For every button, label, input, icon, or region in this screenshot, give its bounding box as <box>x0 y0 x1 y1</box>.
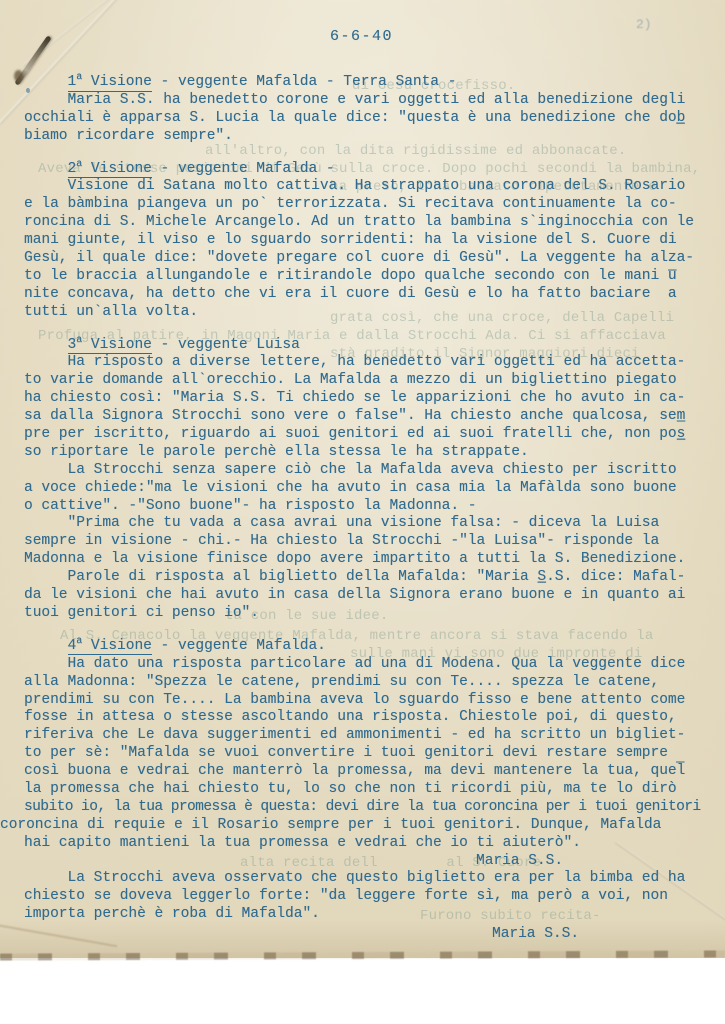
text-line: occhiali è apparsa S. Lucia la quale dic… <box>24 110 714 128</box>
page-number: 2) <box>636 17 652 32</box>
text-line: La Strocchi senza sapere ciò che la Mafa… <box>24 462 714 480</box>
text-line: coroncina di requie e il Rosario sempre … <box>0 817 714 835</box>
paragraph-gap <box>24 623 714 638</box>
text-line: e la bàmbina piangeva un po` terrorizzat… <box>24 196 714 214</box>
text-line: ha chiesto così: "Maria S.S. Ti chiedo s… <box>24 390 714 408</box>
document-date: 6-6-40 <box>330 28 393 45</box>
text-line: Ha dato una risposta particolare ad una … <box>24 656 714 674</box>
staple-rust-mark <box>14 70 23 82</box>
vision-heading: 2a Visione - veggente Mafalda - <box>24 161 714 179</box>
text-line: biamo ricordare sempre". <box>24 128 714 146</box>
text-line: to varie domande all`orecchio. La Mafald… <box>24 372 714 390</box>
text-line: o cattive". -"Sono buone"- ha risposto l… <box>24 498 714 516</box>
text-line: importa perchè è roba di Mafalda". <box>24 906 714 924</box>
text-line: to per sè: "Mafalda se vuoi convertire i… <box>24 745 714 763</box>
scanned-page: di Gesù crocefisso.all'altro, con la dit… <box>0 0 725 1024</box>
text-line: Visione di Satana molto cattiva. Ha stra… <box>24 178 714 196</box>
paragraph-gap <box>24 322 714 337</box>
text-line: La Strocchi aveva osservato che questo b… <box>24 870 714 888</box>
text-line: sa dalla Signora Strocchi sono vere o fa… <box>24 408 714 426</box>
text-line: a voce chiede:"ma le visioni che ha avut… <box>24 480 714 498</box>
text-line: Ha risposto a diverse lettere, ha benede… <box>24 354 714 372</box>
text-line: "Prima che tu vada a casa avrai una visi… <box>24 515 714 533</box>
text-line: fosse in attesa o stesse ascoltando una … <box>24 709 714 727</box>
signature-line: Maria S.S. <box>24 853 714 871</box>
signature-line: Maria S.S. <box>24 926 714 944</box>
text-line: mani giunte, il viso e lo sguardo sorrid… <box>24 232 714 250</box>
text-line: pre per iscritto, riguardo ai suoi genit… <box>24 426 714 444</box>
paragraph-gap <box>24 146 714 161</box>
text-line: alla Madonna: "Spezza le catene, prendim… <box>24 674 714 692</box>
text-line: roncina di S. Michele Arcangelo. Ad un t… <box>24 214 714 232</box>
text-line: tuoi genitori ci penso io". <box>24 605 714 623</box>
text-line: Madonna e la visione finisce dopo avere … <box>24 551 714 569</box>
text-line: la promessa che hai chiesto tu, lo so ch… <box>24 781 714 799</box>
text-line: sempre in visione - chi.- Ha chiesto la … <box>24 533 714 551</box>
text-line: tutti un`alla volta. <box>24 304 714 322</box>
text-line: to le braccia allungandole e ritirandole… <box>24 268 714 286</box>
text-line: nite concava, ha detto che vi era il cuo… <box>24 286 714 304</box>
vision-heading-underlined: 4a Visione <box>68 638 152 656</box>
text-line: così buona e vedrai che manterrò la prom… <box>24 763 714 781</box>
vision-heading-underlined: 2a Visione <box>68 161 152 179</box>
vision-heading-underlined: 1a Visione <box>68 74 152 92</box>
text-line: chiesto se doveva leggerlo forte: "da le… <box>24 888 714 906</box>
text-line: Maria S.S. ha benedetto corone e vari og… <box>24 92 714 110</box>
text-line: Parole di risposta al biglietto della Ma… <box>24 569 714 587</box>
vision-heading: 3a Visione - veggente Luisa <box>24 337 714 355</box>
document-content: 1a Visione - veggente Mafalda - Terra Sa… <box>24 74 714 944</box>
text-line: prendimi su con Te.... La bambina aveva … <box>24 692 714 710</box>
text-line: Gesù, il quale dice: "dovete pregare col… <box>24 250 714 268</box>
vision-heading-underlined: 3a Visione <box>68 337 152 355</box>
text-line: so riportare le parole perchè ella stess… <box>24 444 714 462</box>
vision-heading: 1a Visione - veggente Mafalda - Terra Sa… <box>24 74 714 92</box>
text-line: hai capito mantieni la tua promessa e ve… <box>24 835 714 853</box>
text-line: da le visioni che hai avuto in casa dell… <box>24 587 714 605</box>
text-line: subito io, la tua promessa è questa: dev… <box>24 799 714 817</box>
text-line: riferiva che Le dava suggerimenti ed amm… <box>24 727 714 745</box>
vision-heading: 4a Visione - veggente Mafalda. <box>24 638 714 656</box>
